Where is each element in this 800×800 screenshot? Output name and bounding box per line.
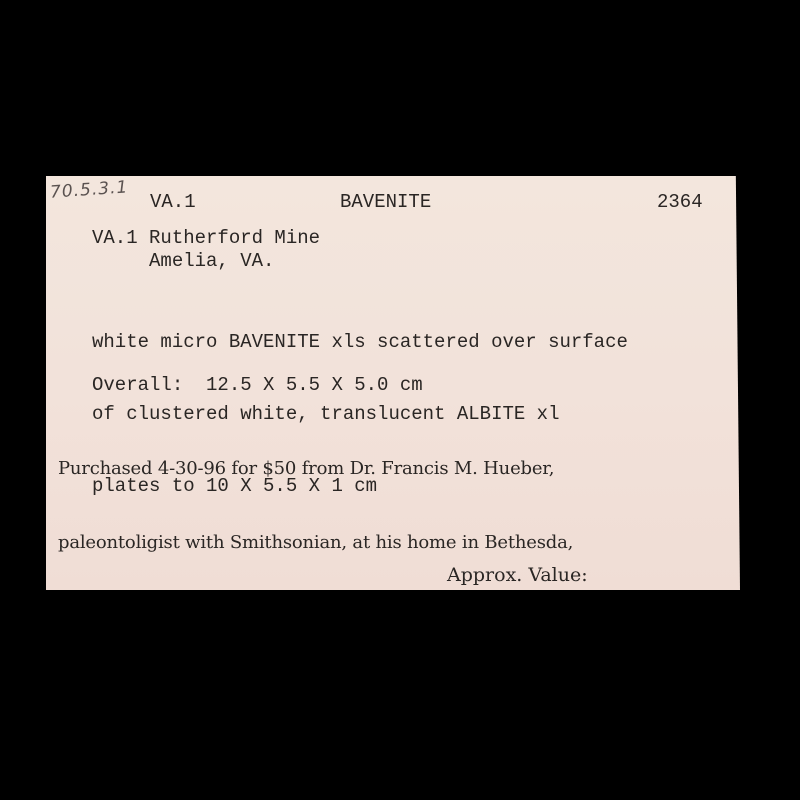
header-mineral-name: BAVENITE — [340, 191, 431, 213]
overall-dimensions: Overall: 12.5 X 5.5 X 5.0 cm — [92, 373, 423, 397]
approx-value-block: Approx. Value: $50.00 4/7/96 — [447, 515, 588, 590]
header-catalog-number: 2364 — [657, 191, 703, 213]
description-line: white micro BAVENITE xls scattered over … — [92, 330, 628, 354]
purchase-note-line: Purchased 4-30-96 for $50 from Dr. Franc… — [58, 457, 574, 482]
header-locality-code: VA.1 — [150, 191, 196, 213]
location-town: Amelia, VA. — [92, 250, 274, 272]
approx-value-label: Approx. Value: — [447, 563, 588, 587]
location-mine: VA.1 Rutherford Mine — [92, 227, 320, 249]
handwritten-catalog-number: 70.5.3.1 — [49, 177, 129, 202]
specimen-label-card: 70.5.3.1 VA.1 BAVENITE 2364 VA.1 Rutherf… — [46, 176, 740, 590]
